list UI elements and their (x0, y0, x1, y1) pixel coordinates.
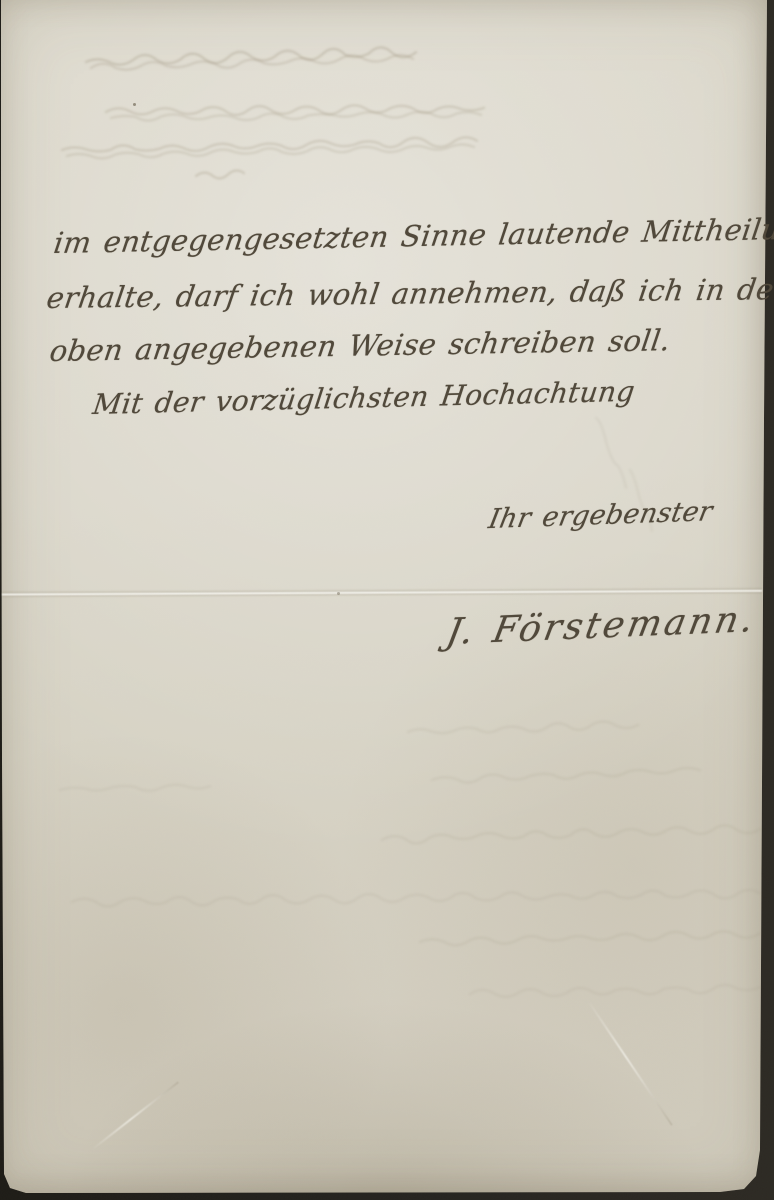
scanned-letter-page: im entgegengesetzten Sinne lautende Mitt… (0, 0, 774, 1200)
ink-speck (337, 592, 340, 595)
letter-paper (0, 0, 774, 1200)
ink-speck (133, 103, 136, 106)
